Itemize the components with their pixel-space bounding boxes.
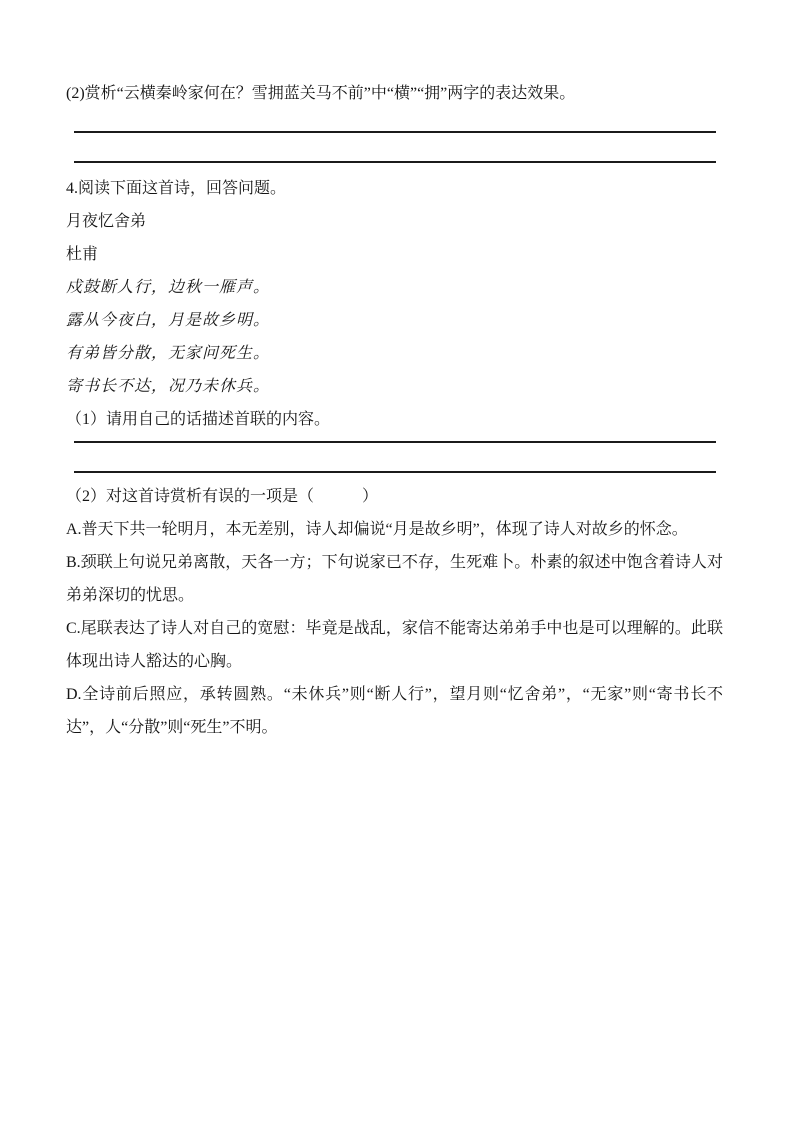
option-d: D.全诗前后照应，承转圆熟。“未休兵”则“断人行”，望月则“忆舍弟”，“无家”则… — [66, 678, 723, 744]
answer-blank-line — [74, 471, 716, 473]
answer-blank-line — [74, 441, 716, 443]
poem-author: 杜甫 — [66, 238, 723, 271]
question-4-intro: 4.阅读下面这首诗，回答问题。 — [66, 172, 723, 205]
answer-blank-line — [74, 131, 716, 133]
option-a: A.普天下共一轮明月，本无差别，诗人却偏说“月是故乡明”，体现了诗人对故乡的怀念… — [66, 513, 723, 546]
option-b: B.颈联上句说兄弟离散，天各一方；下句说家已不存，生死难卜。朴素的叙述中饱含着诗… — [66, 546, 723, 612]
poem-line: 露从今夜白，月是故乡明。 — [66, 304, 723, 337]
question-4-sub2-prompt: （2）对这首诗赏析有误的一项是（ ） — [66, 480, 723, 513]
poem-title: 月夜忆舍弟 — [66, 205, 723, 238]
poem-line: 寄书长不达，况乃未休兵。 — [66, 370, 723, 403]
answer-blank-line — [74, 161, 716, 163]
poem-line: 有弟皆分散，无家问死生。 — [66, 337, 723, 370]
option-c: C.尾联表达了诗人对自己的宽慰：毕竟是战乱，家信不能寄达弟弟手中也是可以理解的。… — [66, 612, 723, 678]
poem-line: 戍鼓断人行，边秋一雁声。 — [66, 271, 723, 304]
question-4-sub1-prompt: （1）请用自己的话描述首联的内容。 — [66, 403, 723, 436]
worksheet-page: (2)赏析“云横秦岭家何在？雪拥蓝关马不前”中“横”“拥”两字的表达效果。 4.… — [66, 77, 723, 744]
question-2-prompt: (2)赏析“云横秦岭家何在？雪拥蓝关马不前”中“横”“拥”两字的表达效果。 — [66, 77, 723, 110]
